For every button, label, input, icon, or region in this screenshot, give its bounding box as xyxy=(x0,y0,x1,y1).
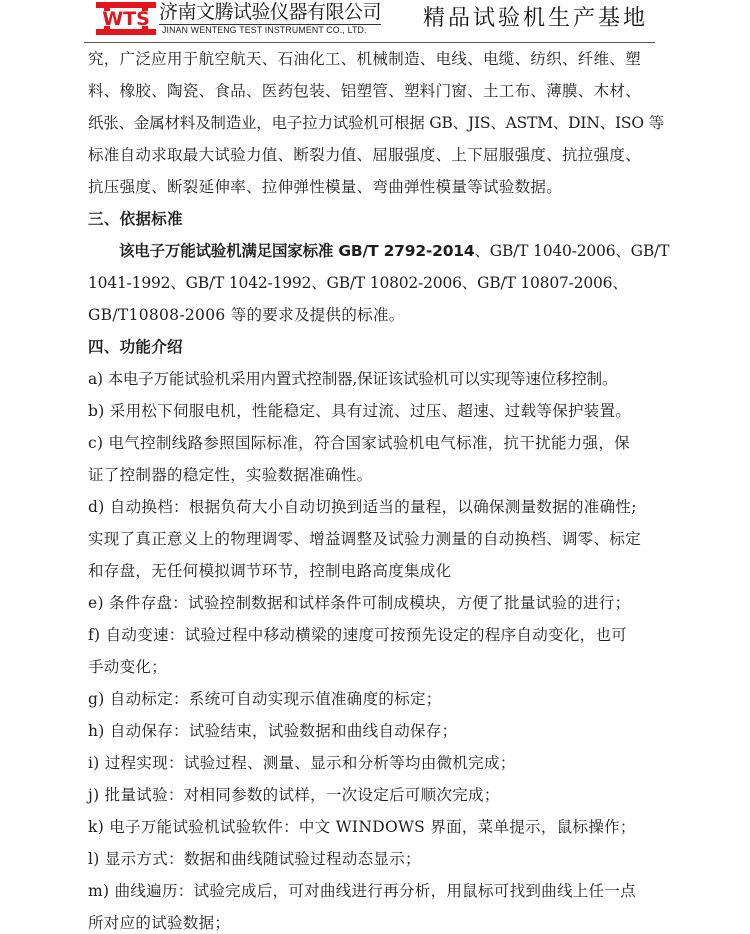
feature-item-d: d) 自动换档：根据负荷大小自动切换到适当的量程，以确保测量数据的准确性; xyxy=(88,491,660,523)
text-line: 1041-1992、GB/T 1042-1992、GB/T 10802-2006… xyxy=(88,267,660,299)
text-line: 纸张、金属材料及制造业，电子拉力试验机可根据 GB、JIS、ASTM、DIN、I… xyxy=(88,107,660,139)
feature-item-d-cont: 和存盘，无任何模拟调节环节，控制电路高度集成化 xyxy=(88,555,660,587)
section-heading: 三、依据标准 xyxy=(88,203,660,235)
text-line: 标准自动求取最大试验力值、断裂力值、屈服强度、上下屈服强度、抗拉强度、 xyxy=(88,139,660,171)
feature-item-e: e) 条件存盘：试验控制数据和试样条件可制成模块，方便了批量试验的进行； xyxy=(88,587,660,619)
text-line: GB/T10808-2006 等的要求及提供的标准。 xyxy=(88,299,660,331)
text-line: 该电子万能试验机满足国家标准 GB/T 2792-2014、GB/T 1040-… xyxy=(88,235,660,267)
intro-paragraph: 究，广泛应用于航空航天、石油化工、机械制造、电线、电缆、纺织、纤维、塑 料、橡胶… xyxy=(88,43,660,203)
text-line: 究，广泛应用于航空航天、石油化工、机械制造、电线、电缆、纺织、纤维、塑 xyxy=(88,43,660,75)
standard-rest: 、GB/T 1040-2006、GB/T xyxy=(474,242,669,260)
text-line: 抗压强度、断裂延伸率、拉伸弹性模量、弯曲弹性模量等试验数据。 xyxy=(88,171,660,203)
section-features: 四、功能介绍 a) 本电子万能试验机采用内置式控制器,保证该试验机可以实现等速位… xyxy=(88,331,660,934)
company-name-cn: 济南文腾试验仪器有限公司 xyxy=(159,1,381,23)
section-heading: 四、功能介绍 xyxy=(88,331,660,363)
feature-item-b: b) 采用松下伺服电机，性能稳定、具有过流、过压、超速、过载等保护装置。 xyxy=(88,395,660,427)
feature-item-f: f) 自动变速：试验过程中移动横梁的速度可按预先设定的程序自动变化，也可 xyxy=(88,619,660,651)
document-body: 究，广泛应用于航空航天、石油化工、机械制造、电线、电缆、纺织、纤维、塑 料、橡胶… xyxy=(88,43,660,934)
page-header: WTS 济南文腾试验仪器有限公司 JINAN WENTENG TEST INST… xyxy=(0,0,750,44)
company-name-en: JINAN WENTENG TEST INSTRUMENT CO., LTD. xyxy=(162,25,367,36)
feature-item-k: k) 电子万能试验机试验软件：中文 WINDOWS 界面，菜单提示，鼠标操作； xyxy=(88,811,660,843)
feature-item-h: h) 自动保存：试验结束，试验数据和曲线自动保存； xyxy=(88,715,660,747)
feature-item-j: j) 批量试验：对相同参数的试样，一次设定后可顺次完成； xyxy=(88,779,660,811)
wts-logo: WTS xyxy=(96,2,156,35)
logo-bottom-bar xyxy=(96,29,156,35)
feature-item-c-cont: 证了控制器的稳定性，实验数据准确性。 xyxy=(88,459,660,491)
feature-item-f-cont: 手动变化； xyxy=(88,651,660,683)
feature-item-a: a) 本电子万能试验机采用内置式控制器,保证该试验机可以实现等速位移控制。 xyxy=(88,363,660,395)
feature-item-l: l) 显示方式：数据和曲线随试验过程动态显示； xyxy=(88,843,660,875)
standard-primary: 该电子万能试验机满足国家标准 GB/T 2792-2014 xyxy=(119,242,474,260)
section-standards: 三、依据标准 该电子万能试验机满足国家标准 GB/T 2792-2014、GB/… xyxy=(88,203,660,331)
feature-item-d-cont: 实现了真正意义上的物理调零、增益调整及试验力测量的自动换档、调零、标定 xyxy=(88,523,660,555)
feature-item-g: g) 自动标定：系统可自动实现示值准确度的标定； xyxy=(88,683,660,715)
feature-item-m: m) 曲线遍历：试验完成后，可对曲线进行再分析，用鼠标可找到曲线上任一点 xyxy=(88,875,660,907)
feature-item-c: c) 电气控制线路参照国际标准，符合国家试验机电气标准，抗干扰能力强，保 xyxy=(88,427,660,459)
feature-item-m-cont: 所对应的试验数据； xyxy=(88,907,660,934)
text-line: 料、橡胶、陶瓷、食品、医药包装、铝塑管、塑料门窗、土工布、薄膜、木材、 xyxy=(88,75,660,107)
slogan: 精品试验机生产基地 xyxy=(423,6,648,32)
feature-item-i: i) 过程实现：试验过程、测量、显示和分析等均由微机完成； xyxy=(88,747,660,779)
